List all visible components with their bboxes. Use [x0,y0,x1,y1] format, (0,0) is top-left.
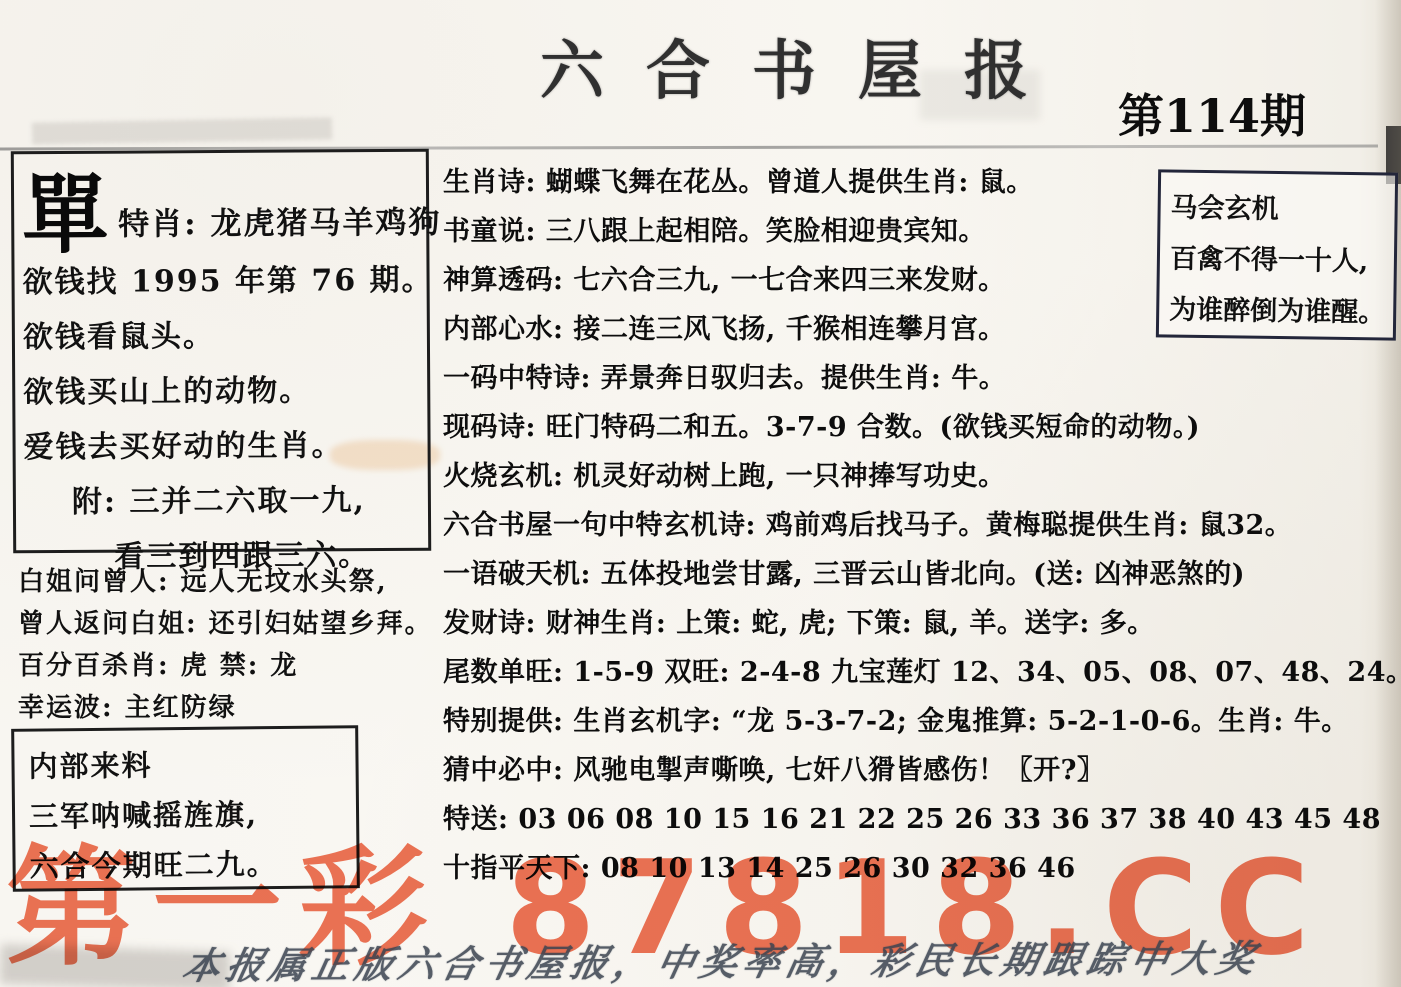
scanned-lottery-sheet: 六合书屋报 第114期 單 特肖: 龙虎猪马羊鸡狗 欲钱找 1995 年第 76… [0,0,1401,987]
odd-pick-header: 單 特肖: 龙虎猪马羊鸡狗 [22,158,419,252]
tip-line: 猜中必中: 风驰电掣声嘶唤, 七奸八猾皆感伤！〖开?〗 [443,746,1401,795]
tip-line: 发财诗: 财神生肖: 上策: 蛇, 虎; 下策: 鼠, 羊。送字: 多。 [443,599,1401,648]
footer-slogan: 本报属正版六合书屋报，中奖率高，彩民长期跟踪中大奖 [179,928,1267,987]
scan-artifact-smudge [32,117,332,144]
tip-line: 六合书屋一句中特玄机诗: 鸡前鸡后找马子。黄梅聪提供生肖: 鼠32。 [443,501,1401,550]
tip-line: 尾数单旺: 1-5-9 双旺: 2-4-8 九宝莲灯 12、34、05、08、0… [443,648,1401,697]
odd-box-line: 欲钱找 1995 年第 76 期。 [22,250,418,307]
mystery-line: 为谁醉倒为谁醒。 [1169,283,1384,337]
note-line: 曾人返问白姐: 还引妇姑望乡拜。 [18,603,433,645]
mystery-line: 百禽不得一十人, [1170,232,1385,286]
tip-line: 一语破天机: 五体投地尝甘露, 三晋云山皆北向。(送: 凶神恶煞的) [443,550,1401,599]
mystery-line: 马会玄机 [1170,181,1385,235]
left-notes: 白姐问曾人: 远人无坟水头祭, 曾人返问白姐: 还引妇姑望乡拜。 百分百杀肖: … [18,561,433,729]
note-line: 百分百杀肖: 虎 禁: 龙 [18,645,433,687]
tip-line: 特别提供: 生肖玄机字: “龙 5-3-7-2; 金鬼推算: 5-2-1-0-6… [443,697,1401,746]
special-zodiac-label: 特肖: 龙虎猪马羊鸡狗 [108,197,442,252]
odd-box-line: 欲钱买山上的动物。 [23,360,419,417]
jockey-club-mystery-box: 马会玄机 百禽不得一十人, 为谁醉倒为谁醒。 [1156,169,1398,340]
insider-line: 内部来料 [28,736,342,789]
odd-box-line: 附: 三并二六取一九, [24,470,420,527]
page-title: 六合书屋报 [540,20,1070,112]
tip-line: 一码中特诗: 弄景奔日驭归去。提供生肖: 牛。 [443,354,1401,403]
odd-pick-box: 單 特肖: 龙虎猪马羊鸡狗 欲钱找 1995 年第 76 期。 欲钱看鼠头。 欲… [11,149,431,554]
note-line: 白姐问曾人: 远人无坟水头祭, [18,561,433,603]
odd-box-line: 欲钱看鼠头。 [23,305,419,362]
issue-number: 第114期 [1118,80,1306,146]
odd-box-line: 爱钱去买好动的生肖。 [23,415,419,472]
tip-line: 现码诗: 旺门特码二和五。3-7-9 合数。(欲钱买短命的动物。) [443,403,1401,452]
note-line: 幸运波: 主红防绿 [18,687,433,729]
tip-line: 火烧玄机: 机灵好动树上跑, 一只神捧写功史。 [443,452,1401,501]
odd-character: 單 [22,179,108,253]
